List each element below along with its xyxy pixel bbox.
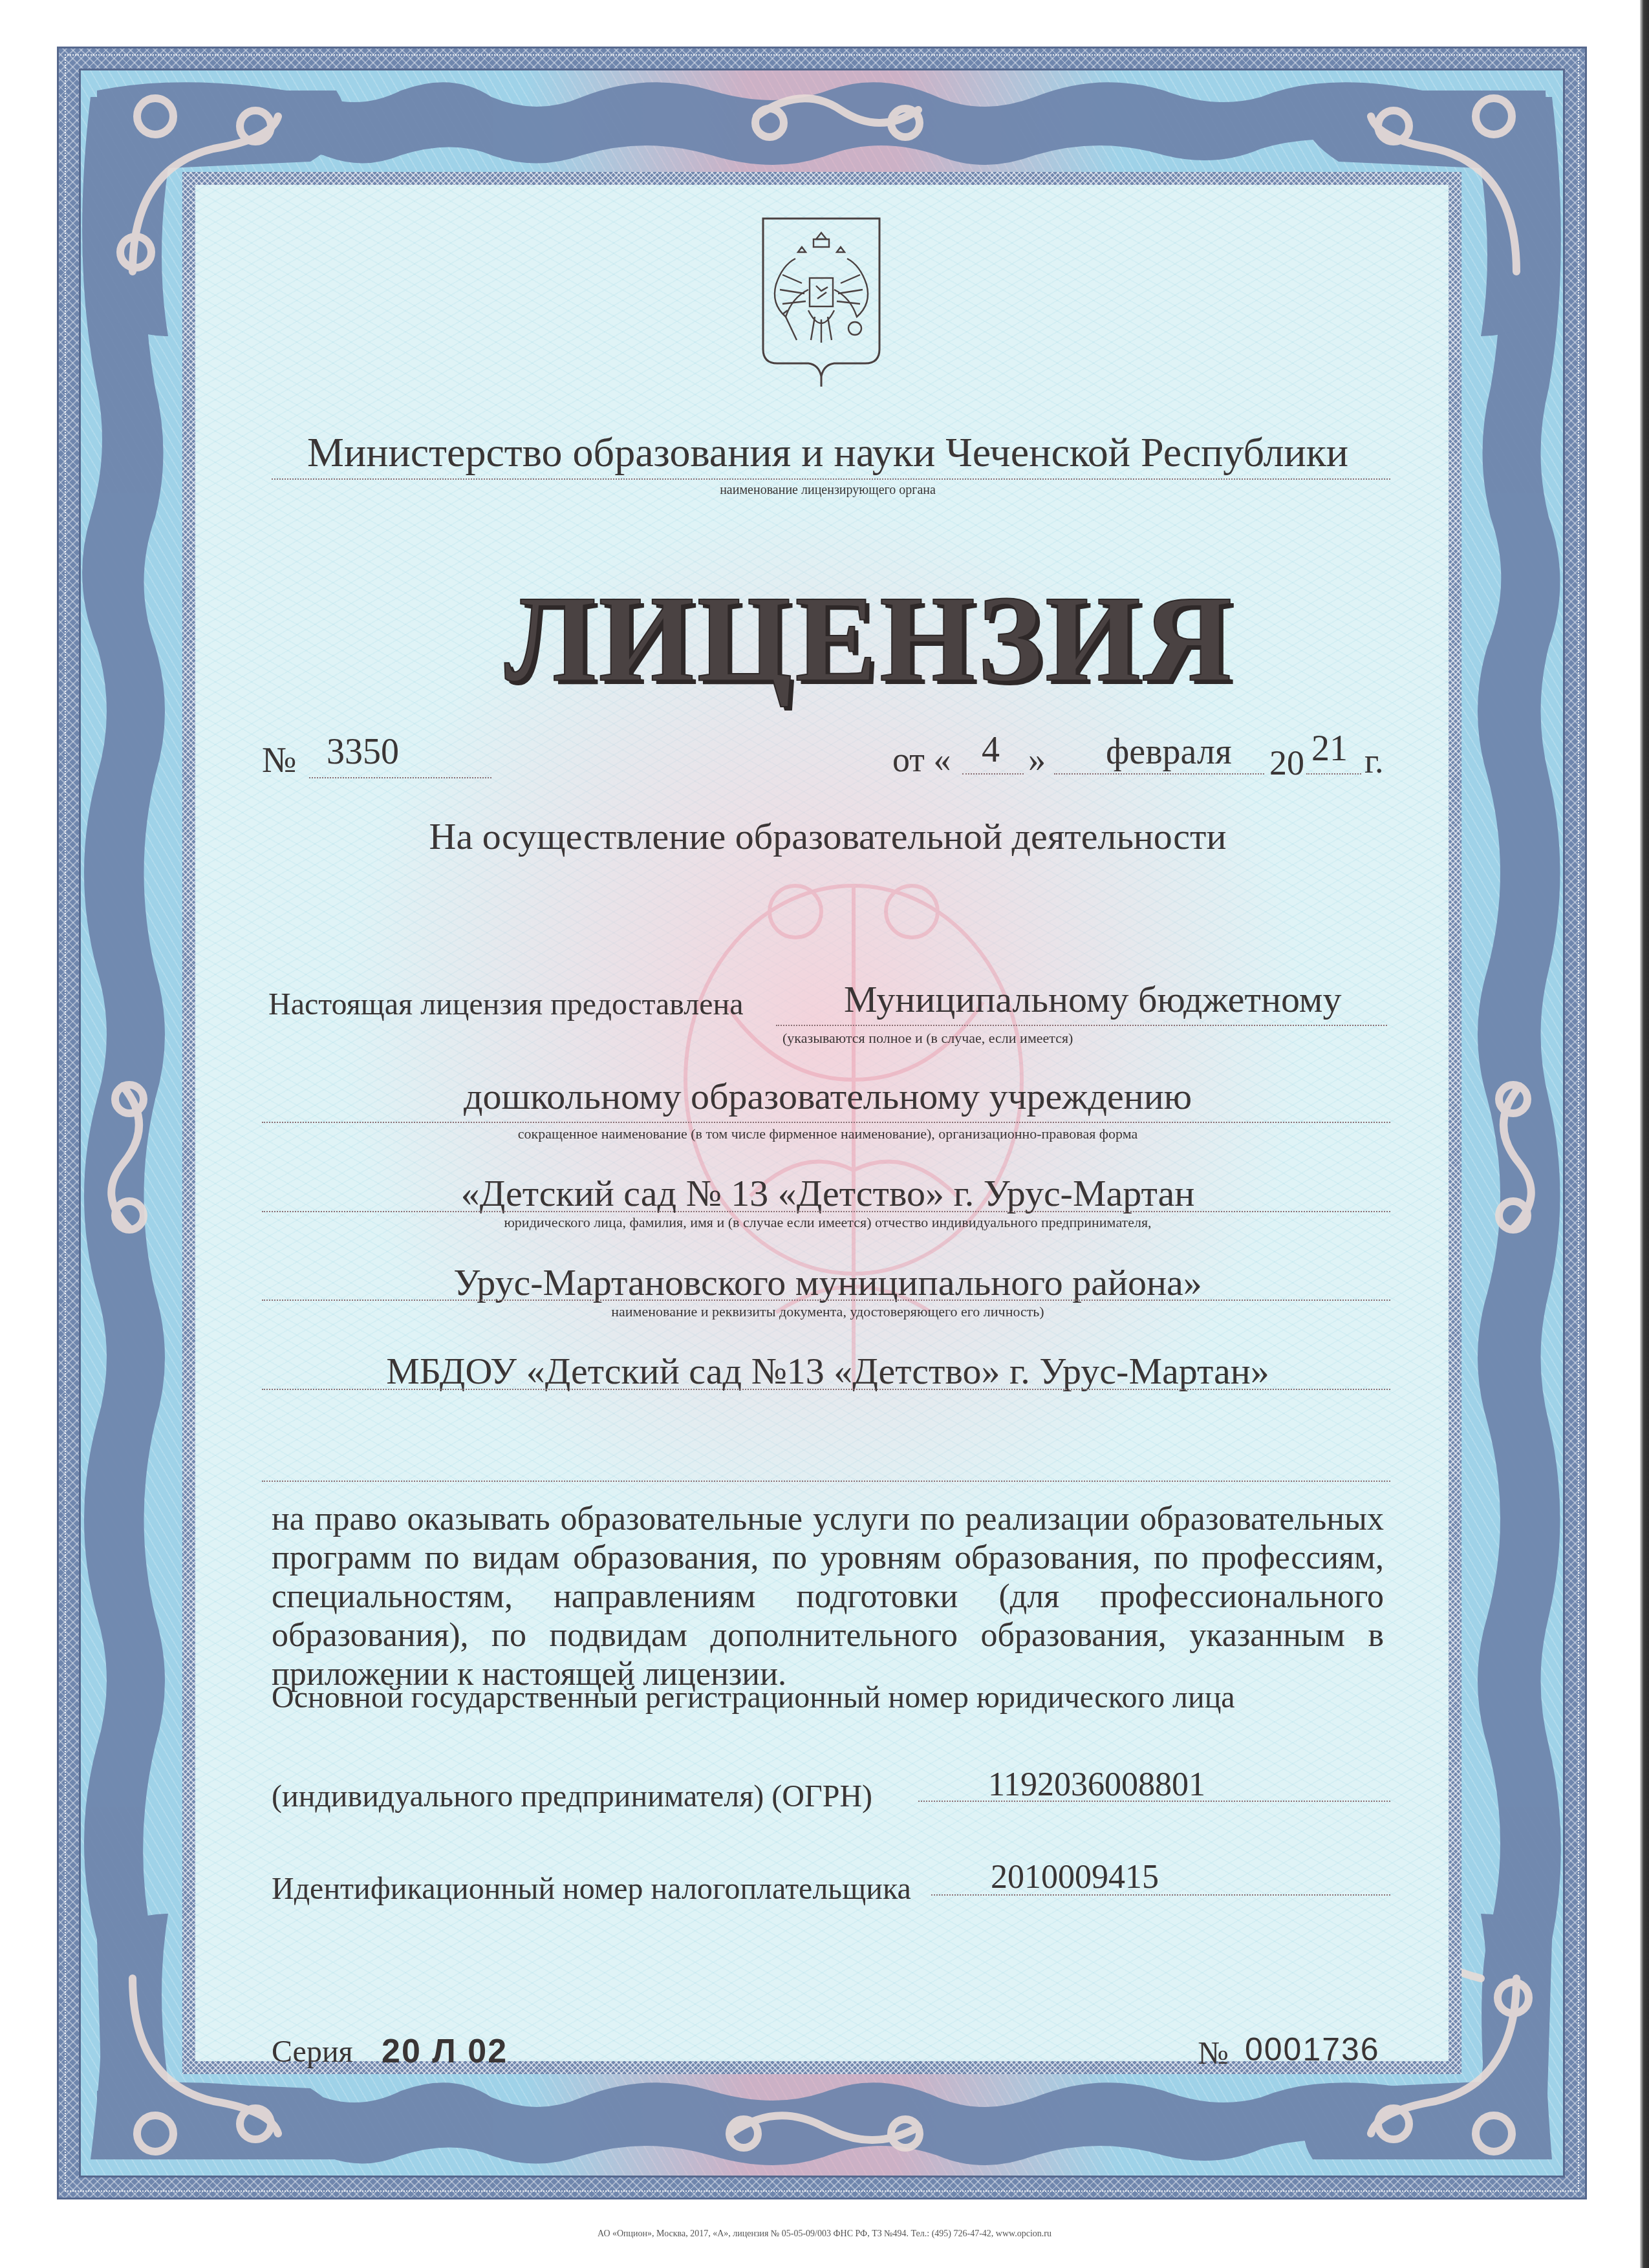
issuing-authority-underline bbox=[272, 478, 1390, 480]
licensee-line-2: дошкольному образовательному учреждению bbox=[272, 1078, 1384, 1115]
license-year: 21 bbox=[1311, 731, 1348, 767]
document-title: ЛИЦЕНЗИЯ bbox=[504, 569, 1138, 710]
license-number-underline bbox=[309, 777, 491, 778]
date-prefix: от « bbox=[892, 742, 951, 777]
licensee-line-1-underline bbox=[776, 1025, 1387, 1026]
inn-underline bbox=[931, 1894, 1390, 1896]
license-month: февраля bbox=[1106, 734, 1232, 770]
license-day-underline bbox=[962, 773, 1024, 775]
licensee-caption-3: юридического лица, фамилия, имя и (в слу… bbox=[272, 1215, 1384, 1230]
licensee-line-2-underline bbox=[262, 1122, 1390, 1123]
licensee-line-3: «Детский сад № 13 «Детство» г. Урус-Март… bbox=[272, 1175, 1384, 1212]
series-value: 20 Л 02 bbox=[382, 2035, 508, 2068]
printer-imprint: АО «Опцион», Москва, 2017, «А», лицензия… bbox=[0, 2229, 1649, 2240]
form-number-value: 0001736 bbox=[1245, 2033, 1380, 2066]
issuing-authority: Министерство образования и науки Чеченск… bbox=[272, 429, 1384, 476]
year-prefix: 20 bbox=[1269, 745, 1304, 780]
ogrn-value: 1192036008801 bbox=[988, 1768, 1205, 1802]
license-day: 4 bbox=[982, 732, 1000, 768]
series-label: Серия bbox=[272, 2037, 353, 2068]
licensee-line-1: Муниципальному бюджетному bbox=[844, 981, 1342, 1018]
licensee-short-name-underline bbox=[262, 1389, 1390, 1390]
licensee-caption-2: сокращенное наименование (в том числе фи… bbox=[272, 1127, 1384, 1141]
licensee-line-4-underline bbox=[262, 1300, 1390, 1301]
number-label: № bbox=[262, 742, 296, 778]
scan-shadow-edge bbox=[1640, 0, 1649, 2268]
issuing-authority-caption: наименование лицензирующего органа bbox=[272, 484, 1384, 497]
year-unit: г. bbox=[1364, 744, 1384, 778]
ogrn-label-line-1: Основной государственный регистрационный… bbox=[272, 1682, 1235, 1713]
licensee-extra-underline bbox=[262, 1481, 1390, 1482]
form-number-label: № bbox=[1198, 2037, 1229, 2069]
ogrn-underline bbox=[918, 1801, 1390, 1802]
ogrn-label-line-2: (индивидуального предпринимателя) (ОГРН) bbox=[272, 1781, 872, 1812]
inn-value: 2010009415 bbox=[991, 1861, 1159, 1894]
day-suffix: » bbox=[1028, 742, 1046, 777]
russian-coat-of-arms-icon bbox=[757, 213, 886, 388]
license-purpose: На осуществление образовательной деятель… bbox=[272, 818, 1384, 855]
license-month-underline bbox=[1054, 773, 1264, 775]
license-number: 3350 bbox=[327, 734, 399, 770]
licensee-caption-1: (указываются полное и (в случае, если им… bbox=[782, 1031, 1073, 1045]
granted-label: Настоящая лицензия предоставлена bbox=[268, 989, 744, 1020]
license-year-underline bbox=[1306, 773, 1361, 775]
licensee-short-name: МБДОУ «Детский сад №13 «Детство» г. Урус… bbox=[272, 1353, 1384, 1390]
licensee-caption-4: наименование и реквизиты документа, удос… bbox=[272, 1305, 1384, 1319]
rights-description: на право оказывать образовательные услуг… bbox=[272, 1500, 1384, 1694]
licensee-line-3-underline bbox=[262, 1211, 1390, 1212]
licensee-line-4: Урус-Мартановского муниципального района… bbox=[272, 1264, 1384, 1301]
inn-label: Идентификационный номер налогоплательщик… bbox=[272, 1874, 911, 1905]
